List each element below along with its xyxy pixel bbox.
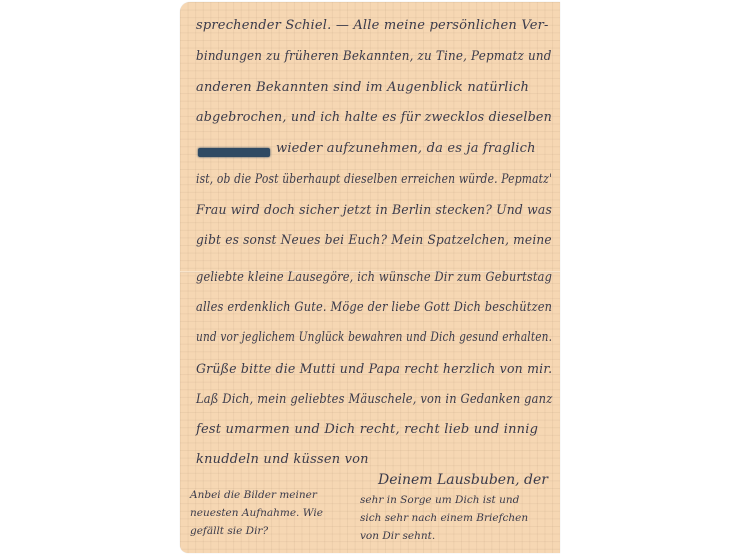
signature-line: Deinem Lausbuben, der [378, 472, 548, 488]
letter-line-8: gibt es sonst Neues bei Euch? Mein Spatz… [196, 233, 552, 248]
letter-line-11: und vor jeglichem Unglück bewahren und D… [196, 330, 552, 345]
letter-line-5: wieder aufzunehmen, da es ja fraglich [276, 141, 536, 156]
postscript-right-line-3: von Dir sehnt. [360, 527, 528, 545]
postscript-left-line-1: Anbei die Bilder meiner [190, 486, 323, 504]
postscript-left-line-3: gefällt sie Dir? [190, 522, 323, 540]
letter-line-3: anderen Bekannten sind im Augenblick nat… [196, 80, 529, 95]
letter-line-6: ist, ob die Post überhaupt dieselben err… [196, 172, 552, 187]
letter-line-9: geliebte kleine Lausegöre, ich wünsche D… [196, 270, 552, 285]
letter-line-12: Grüße bitte die Mutti und Papa recht her… [196, 362, 552, 377]
letter-line-2: bindungen zu früheren Bekannten, zu Tine… [196, 49, 552, 64]
postscript-right: sehr in Sorge um Dich ist und sich sehr … [360, 491, 528, 545]
crossed-out-word [198, 148, 270, 157]
letter-line-15: knuddeln und küssen von [196, 452, 369, 467]
letter-line-13: Laß Dich, mein geliebtes Mäuschele, von … [196, 392, 552, 407]
letter-line-14: fest umarmen und Dich recht, recht lieb … [196, 422, 538, 437]
letter-line-4: abgebrochen, und ich halte es für zweckl… [196, 110, 552, 125]
postscript-left-line-2: neuesten Aufnahme. Wie [190, 504, 323, 522]
letter-line-7: Frau wird doch sicher jetzt in Berlin st… [196, 203, 552, 218]
letter-page: sprechender Schiel. — Alle meine persönl… [180, 2, 560, 553]
postscript-right-line-1: sehr in Sorge um Dich ist und [360, 491, 528, 509]
postscript-left: Anbei die Bilder meiner neuesten Aufnahm… [190, 486, 323, 540]
postscript-right-line-2: sich sehr nach einem Briefchen [360, 509, 528, 527]
letter-line-10: alles erdenklich Gute. Möge der liebe Go… [196, 300, 552, 315]
letter-line-1: sprechender Schiel. — Alle meine persönl… [196, 18, 549, 33]
